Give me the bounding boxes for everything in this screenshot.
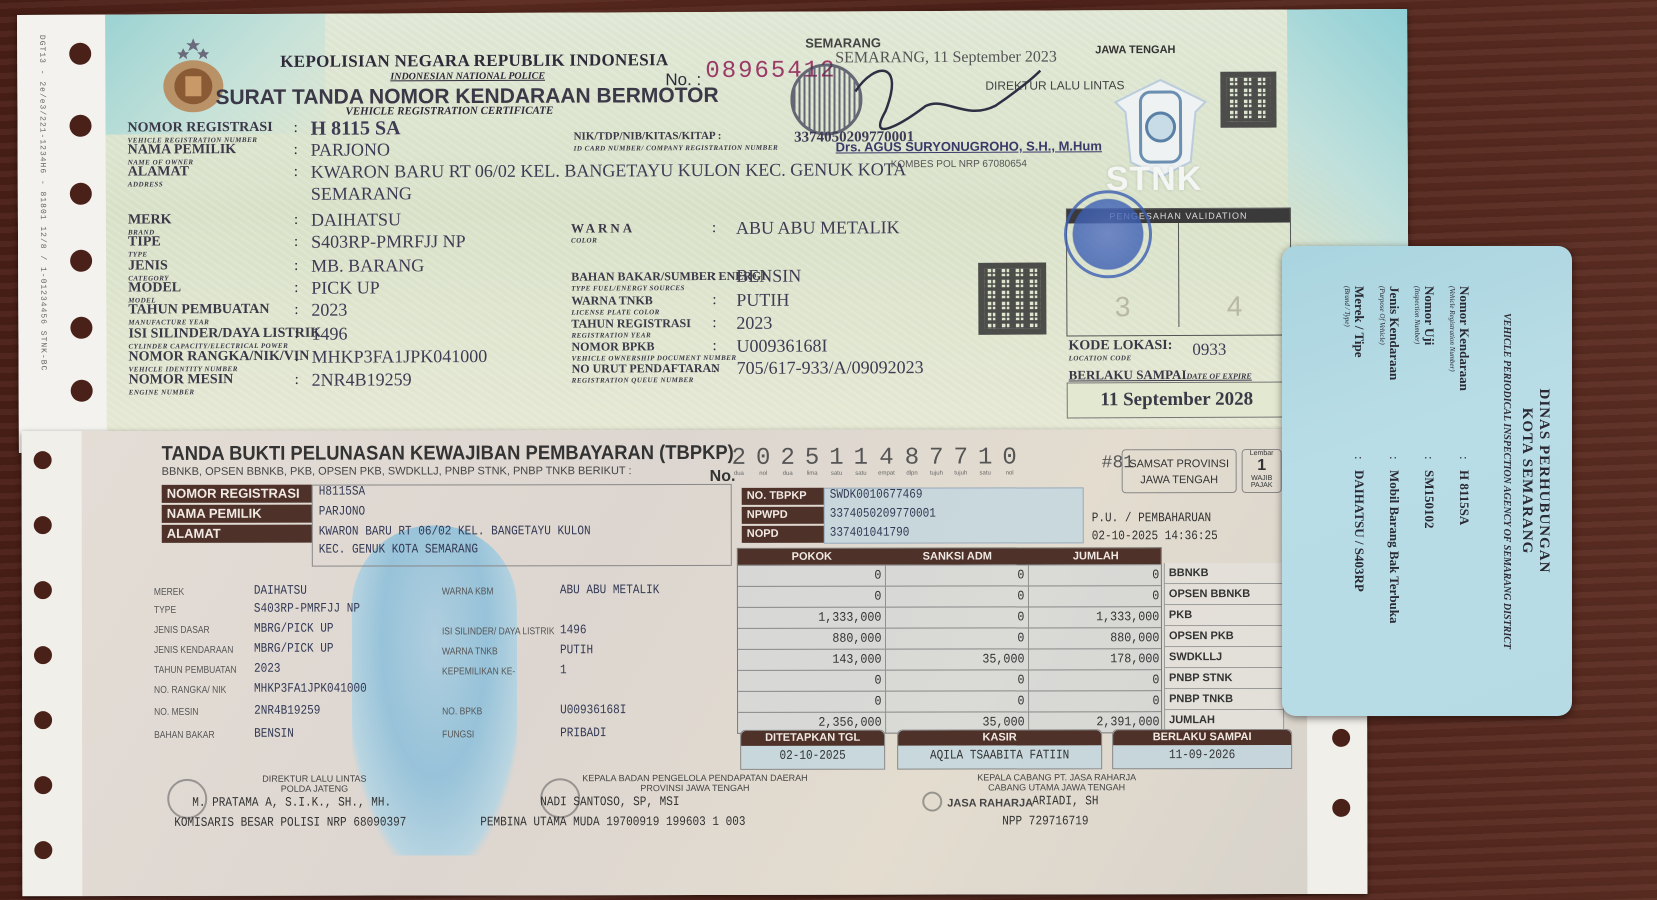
col-pokok: POKOK	[738, 549, 886, 565]
vehicle-field-label: TAHUN PEMBUATAN	[154, 665, 237, 676]
tax-row-name: BBNKB	[1164, 563, 1284, 584]
vehicle-field-label: ISI SILINDER/ DAYA LISTRIK	[442, 626, 555, 637]
expiry-date: 11 September 2028	[1067, 381, 1287, 418]
stnk-field-label: TIPETYPE	[128, 236, 161, 260]
perforation-hole	[69, 115, 91, 137]
perforated-strip	[22, 431, 83, 896]
stnk-field-value: ABU ABU METALIK	[736, 217, 900, 239]
tax-cell-sanksi: 35,000	[900, 649, 1029, 669]
vehicle-field-label: FUNGSI	[442, 729, 474, 740]
tax-row: 000	[738, 564, 1161, 586]
samsat-box: SAMSAT PROVINSIJAWA TENGAH	[1122, 449, 1237, 493]
id-value: 3374050209770001	[830, 506, 936, 521]
signatory-name: ARIADI, SH	[1032, 793, 1098, 808]
kir-field: Nomor Kendaraan(Vehicle Registration Num…	[1448, 286, 1472, 525]
perforation-hole	[70, 183, 92, 205]
document-title-en: VEHICLE REGISTRATION CERTIFICATE	[345, 105, 553, 118]
signatory-name: M. PRATAMA A, S.I.K., SH., MH.	[192, 795, 391, 810]
vehicle-field-value: PRIBADI	[560, 725, 606, 740]
vehicle-field-label: NO. BPKB	[442, 706, 482, 717]
stnk-field-value: SEMARANG	[311, 183, 412, 204]
vehicle-field-label: MEREK	[154, 587, 184, 598]
signatory-title: KEPALA CABANG PT. JASA RAHARJACABANG UTA…	[977, 772, 1136, 792]
tax-cell-jumlah: 0	[1042, 670, 1163, 690]
vehicle-field-value: 2023	[254, 661, 281, 676]
vehicle-field-value: 2NR4B19259	[254, 703, 320, 718]
tax-cell-pokok: 1,333,000	[753, 608, 886, 628]
tax-row: 000	[738, 669, 1161, 691]
doc-number-digit: 8dlpn	[905, 448, 919, 478]
vehicle-field-value: 1	[560, 662, 567, 677]
perforation-hole	[69, 43, 91, 65]
stnk-field-label: TAHUN REGISTRASIREGISTRATION YEAR	[571, 317, 691, 342]
tax-cell-pokok: 0	[753, 587, 886, 607]
stnk-field-value: PICK UP	[311, 277, 380, 298]
tax-row: 1,333,00001,333,000	[738, 606, 1161, 628]
city-stamp: SEMARANG	[805, 35, 881, 50]
tax-cell-pokok: 143,000	[753, 650, 886, 670]
doc-number-digit: 1satu	[978, 447, 992, 477]
receipt-subtitle: BBNKB, OPSEN BBNKB, PKB, OPSEN PKB, SWDK…	[162, 465, 632, 478]
vehicle-field-value: BENSIN	[254, 726, 294, 741]
cashier-box: KASIRAQILA TSAABITA FATIIN	[897, 729, 1102, 769]
tax-row: 000	[738, 690, 1161, 712]
id-label: NO. TBPKP	[742, 488, 824, 505]
kir-agency-en: VEHICLE PERIODICAL INSPECTION AGENCY OF …	[1501, 251, 1512, 711]
stnk-field-label: TAHUN PEMBUATANMANUFACTURE YEAR	[128, 304, 269, 329]
location-code: KODE LOKASI:LOCATION CODE 0933	[1068, 340, 1226, 365]
validation-cell: 4	[1178, 222, 1290, 326]
address-line1: KWARON BARU RT 06/02 KEL. BANGETAYU KULO…	[319, 523, 591, 538]
doc-number-digit: 0nol	[1002, 447, 1016, 477]
tax-row-name: PNBP STNK	[1164, 668, 1284, 689]
owner-name-label: NAMA PEMILIK	[162, 505, 312, 523]
stnk-field-value: 2NR4B19259	[312, 369, 412, 390]
tax-cell-pokok: 0	[753, 671, 886, 691]
id-value: SWDK0010677469	[830, 487, 923, 502]
stnk-field-value: KWARON BARU RT 06/02 KEL. BANGETAYU KULO…	[311, 159, 907, 183]
id-label: NOPD	[742, 526, 824, 543]
vehicle-field-label: JENIS KENDARAAN	[154, 645, 233, 656]
signatory-name: NADI SANTOSO, SP, MSI	[540, 794, 679, 809]
stnk-field-value: BENSIN	[736, 266, 801, 287]
vehicle-field-value: S403RP-PMRFJJ NP	[254, 601, 360, 616]
stnk-field-value: U00936168I	[736, 336, 827, 357]
tax-row-name: PKB	[1164, 605, 1284, 626]
perforation-hole	[70, 317, 92, 339]
vehicle-field-label: BAHAN BAKAR	[154, 730, 214, 741]
validation-stamp	[1064, 190, 1152, 278]
vehicle-field-value: MBRG/PICK UP	[254, 641, 334, 656]
tax-cell-sanksi: 0	[900, 586, 1029, 606]
doc-number-digit: 7tujuh	[954, 448, 968, 478]
kir-inspection-card: DINAS PERHUBUNGANKOTA SEMARANG VEHICLE P…	[1282, 246, 1572, 716]
qr-code	[1220, 72, 1276, 128]
tax-cell-jumlah: 1,333,000	[1042, 607, 1163, 627]
kir-agency: DINAS PERHUBUNGANKOTA SEMARANG	[1518, 251, 1552, 711]
perforated-strip: DGT13 - 2e/e3/221-1234H6 - 81801 12/8 / …	[17, 15, 107, 453]
tax-row: 880,0000880,000	[738, 627, 1161, 649]
signatory-title: DIREKTUR LALU LINTASPOLDA JATENG	[262, 774, 366, 794]
jasa-raharja-label: JASA RAHARJA	[947, 797, 1033, 809]
signatory-title: KEPALA BADAN PENGELOLA PENDAPATAN DAERAH…	[582, 773, 807, 793]
col-jumlah: JUMLAH	[1029, 548, 1163, 564]
tbpkp-tax-receipt: TANDA BUKTI PELUNASAN KEWAJIBAN PEMBAYAR…	[22, 429, 1368, 896]
stnk-field-value: MHKP3FA1JPK041000	[312, 346, 488, 368]
tax-cell-pokok: 0	[753, 566, 886, 586]
tax-cell-jumlah: 0	[1042, 691, 1163, 711]
vehicle-field-label: JENIS DASAR	[154, 625, 210, 636]
tax-cell-jumlah: 880,000	[1042, 628, 1163, 648]
doc-number: 2dua0nol2dua5lima1satu1satu4empat8dlpn7t…	[732, 447, 1017, 477]
stnk-field-value: PARJONO	[311, 139, 390, 160]
stnk-field-value: MB. BARANG	[311, 255, 424, 276]
tax-cell-sanksi: 0	[900, 670, 1029, 690]
address-line2: KEC. GENUK KOTA SEMARANG	[319, 541, 478, 556]
tax-row-name: JUMLAH	[1164, 710, 1284, 731]
stnk-field-value: 705/617-933/A/09092023	[737, 357, 924, 379]
vehicle-field-label: TYPE	[154, 605, 176, 616]
strip-code: DGT13 - 2e/e3/221-1234H6 - 81801 12/8 / …	[37, 35, 47, 371]
tax-cell-jumlah: 0	[1042, 586, 1163, 606]
vehicle-field-value: MHKP3FA1JPK041000	[254, 681, 367, 696]
tax-row-name: OPSEN BBNKB	[1164, 584, 1284, 605]
doc-number-digit: 2dua	[780, 448, 794, 478]
jasa-raharja-logo-icon	[922, 792, 942, 812]
signatory-id: PEMBINA UTAMA MUDA 19700919 199603 1 003	[480, 814, 745, 829]
sheet-box: Lembar1WAJIB PAJAK	[1242, 449, 1282, 493]
doc-number-digit: 5lima	[805, 448, 819, 478]
tax-cell-sanksi: 0	[900, 565, 1029, 585]
doc-number-digit: 1satu	[829, 448, 843, 478]
tax-row-names: BBNKBOPSEN BBNKBPKBOPSEN PKBSWDKLLJPNBP …	[1164, 563, 1284, 731]
perforation-hole	[70, 250, 92, 272]
payment-info: P.U. / PEMBAHARUAN02-10-2025 14:36:25	[1092, 509, 1218, 545]
stnk-field-value: 2023	[736, 313, 772, 334]
id-value: 337401041790	[830, 525, 910, 540]
stnk-field-value: DAIHATSU	[311, 209, 401, 230]
stnk-field-value: 2023	[311, 300, 347, 321]
tax-row-name: OPSEN PKB	[1164, 626, 1284, 647]
doc-number-digit: 7tujuh	[929, 448, 943, 478]
vehicle-field-label: KEPEMILIKAN KE-	[442, 666, 515, 677]
signatory-id: NPP 729716719	[1002, 813, 1088, 828]
tax-cell-pokok: 0	[753, 692, 886, 712]
nik-field: NIK/TDP/NIB/KITAS/KITAP :ID CARD NUMBER/…	[574, 129, 915, 154]
stnk-field-value: H 8115 SA	[311, 117, 401, 140]
tax-row-name: SWDKLLJ	[1164, 647, 1284, 668]
doc-number-digit: 2dua	[732, 448, 746, 478]
tax-cell-sanksi: 0	[900, 628, 1029, 648]
doc-number-digit: 1satu	[854, 448, 868, 478]
vehicle-field-value: ABU ABU METALIK	[560, 582, 660, 597]
signatory-id: KOMISARIS BESAR POLISI NRP 68090397	[174, 815, 406, 830]
tax-cell-sanksi: 0	[900, 607, 1029, 627]
valid-until-box: BERLAKU SAMPAI11-09-2026	[1112, 729, 1292, 769]
stnk-certificate: DGT13 - 2e/e3/221-1234H6 - 81801 12/8 / …	[17, 9, 1409, 453]
stnk-field-label: WARNA TNKBLICENSE PLATE COLOR	[571, 294, 660, 318]
agency-name: KEPOLISIAN NEGARA REPUBLIK INDONESIA	[280, 50, 668, 72]
vehicle-field-value: 1496	[560, 622, 587, 637]
address-label: ALAMAT	[162, 525, 312, 543]
stnk-field-label: WARNACOLOR	[571, 222, 635, 246]
regional-police: JAWA TENGAH	[1095, 44, 1175, 56]
stnk-field-label: ALAMATADDRESS	[128, 166, 189, 190]
officer-rank: KOMBES POL NRP 67080654	[891, 159, 1027, 171]
kir-field: Merek / Tipe(Brand / Type):DAIHATSU / S4…	[1343, 286, 1367, 592]
tax-row: 000	[738, 585, 1161, 607]
tax-cell-jumlah: 178,000	[1042, 649, 1163, 669]
tax-cell-pokok: 880,000	[753, 629, 886, 649]
vehicle-field-label: NO. RANGKA/ NIK	[154, 685, 226, 696]
id-label: NPWPD	[742, 507, 824, 524]
stnk-field-label: NOMOR MESINENGINE NUMBER	[129, 374, 234, 398]
vehicle-field-value: PUTIH	[560, 642, 593, 657]
stnk-field-label: NO URUT PENDAFTARANREGISTRATION QUEUE NU…	[572, 362, 720, 387]
doc-number-digit: 0nol	[756, 448, 770, 478]
receipt-title: TANDA BUKTI PELUNASAN KEWAJIBAN PEMBAYAR…	[162, 442, 734, 466]
kir-field: Jenis Kendaraan(Purpose Of Vehicle):Mobi…	[1378, 286, 1402, 624]
tax-table: POKOK SANKSI ADM JUMLAH 0000001,333,0000…	[737, 547, 1162, 734]
vehicle-field-label: WARNA KBM	[442, 586, 494, 597]
tax-row: 143,00035,000178,000	[738, 648, 1161, 670]
reg-number-value: H8115SA	[319, 484, 365, 499]
vehicle-field-value: U00936168I	[560, 702, 626, 717]
vehicle-field-value: MBRG/PICK UP	[254, 621, 334, 636]
serial-no-label: No. :	[665, 70, 701, 90]
kir-field: Nomor Uji(Inspection Number):SM150102	[1413, 286, 1437, 529]
tax-cell-jumlah: 0	[1042, 565, 1163, 585]
tax-cell-sanksi: 0	[900, 691, 1029, 711]
set-date-box: DITETAPKAN TGL02-10-2025	[740, 730, 885, 770]
qr-code	[978, 263, 1046, 335]
vehicle-field-label: WARNA TNKB	[442, 646, 498, 657]
vehicle-field-label: NO. MESIN	[154, 707, 198, 718]
doc-number-digit: 4empat	[878, 448, 895, 478]
perforation-hole	[71, 380, 93, 402]
tax-row-name: PNBP TNKB	[1164, 689, 1284, 710]
agency-name-en: INDONESIAN NATIONAL POLICE	[390, 71, 545, 83]
stnk-field-value: 1496	[311, 324, 347, 345]
reg-number-label: NOMOR REGISTRASI	[162, 485, 312, 503]
stnk-field-value: PUTIH	[736, 290, 789, 311]
owner-name-value: PARJONO	[319, 504, 365, 519]
stnk-field-value: S403RP-PMRFJJ NP	[311, 231, 466, 253]
col-sanksi: SANKSI ADM	[886, 548, 1029, 564]
vehicle-field-value: DAIHATSU	[254, 583, 307, 598]
